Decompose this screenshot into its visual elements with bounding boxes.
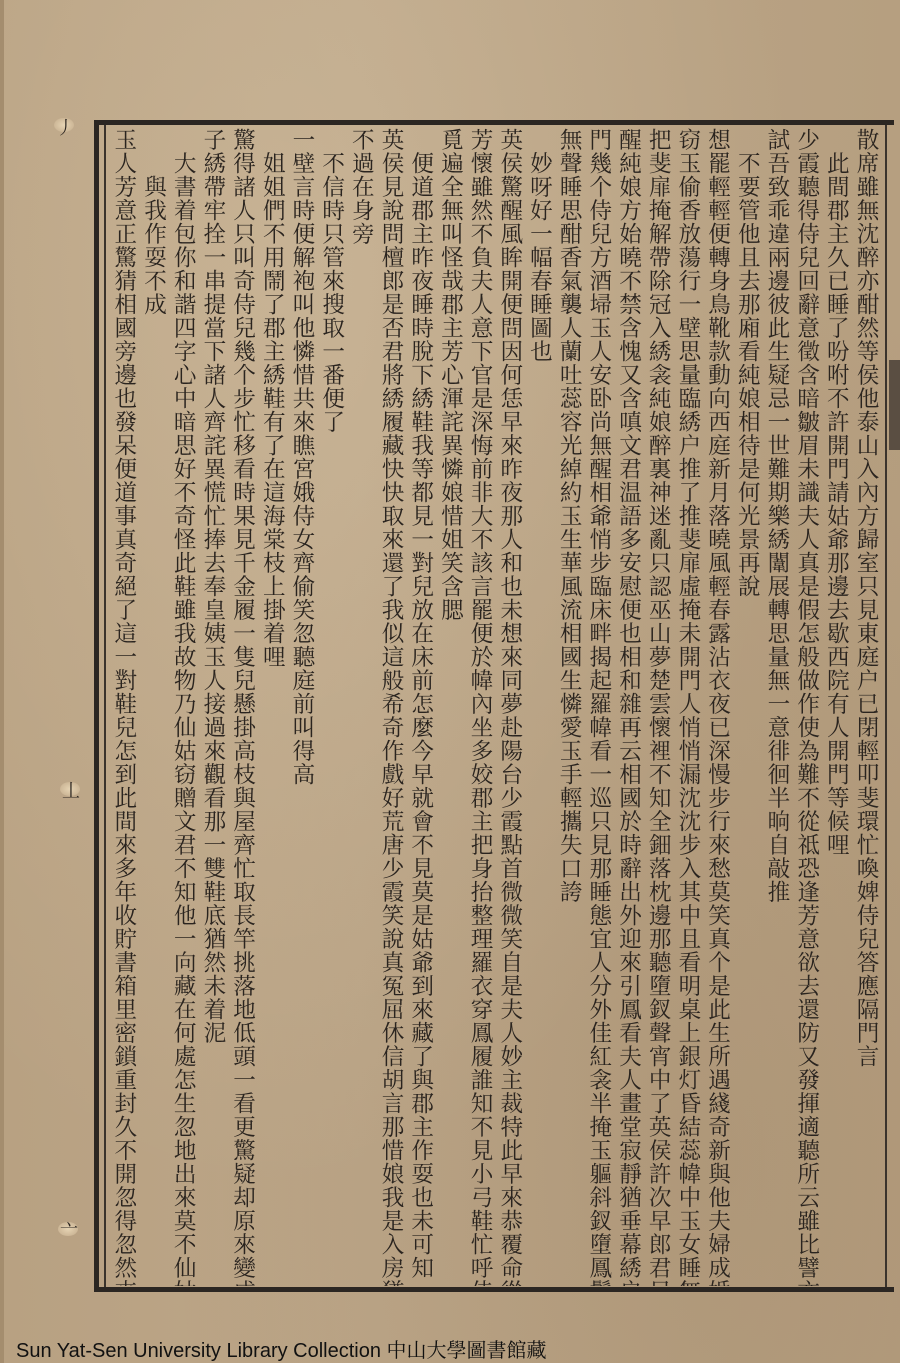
text-column-18: 不過在身旁 [348, 128, 378, 1286]
text-column-24: 大書着包你和諧四字心中暗思好不奇怪此鞋雖我故物乃仙姑窃贈文君不知他一向藏在何處怎… [170, 128, 200, 1286]
fold-edge-mark [889, 360, 900, 450]
text-column-22: 驚得諸人只叫奇侍兒幾个步忙移看時果見千金履一隻兒懸掛高枝與屋齊忙取長竿挑落地低頭… [229, 128, 259, 1286]
right-border-rule [885, 125, 887, 1287]
text-column-16: 便道郡主昨夜睡時脫下綉鞋我等都見一對兒放在床前怎麼今早就會不見莫是姑爺到來藏了與… [407, 128, 437, 1286]
text-column-6: 想罷輕輕便轉身鳥靴款動向西庭新月落曉風輕春露沾衣夜已深慢步行來愁莫笑真个是此生所… [704, 128, 734, 1286]
text-column-11: 無聲睡思酣香氣襲人蘭吐蕊容光綽約玉生華風流相國生憐愛玉手輕攜失口誇 [555, 128, 585, 1286]
text-column-9: 醒純娘方始曉不禁含愧又含嗔文君温語多安慰便也相和雜再云相國於時辭出外迎來引鳳看夫… [615, 128, 645, 1286]
text-column-10: 門幾个侍兒方酒埽玉人安卧尚無醒相爺悄步臨床畔揭起羅幃看一巡只見那睡態宜人分外佳紅… [585, 128, 615, 1286]
text-column-23: 子綉帶牢拴一串提當下諸人齊詫異慌忙捧去奉皇姨玉人接過來觀看那一雙鞋底猶然未着泥 [199, 128, 229, 1286]
inner-border-line [104, 125, 106, 1287]
text-column-2: 此間郡主久已睡了吩咐不許開門請姑爺那邊去歇西院有人開門等候哩 [823, 128, 853, 1286]
collection-label-zh: 中山大學圖書館藏 [387, 1338, 547, 1362]
scanned-page: 丿 丄 亠 散席雖無沈醉亦酣然等侯他泰山入內方歸室只見東庭户已閉輕叩斐環忙喚婢侍… [0, 0, 900, 1363]
text-column-26: 玉人芳意正驚猜相國旁邊也發呆便道事真奇絕了這一對鞋兒怎到此間來多年收貯書箱里密鎖… [110, 128, 140, 1286]
page-left-edge [0, 0, 4, 1363]
text-column-5: 不要管他且去那廂看純娘相待是何光景再說 [734, 128, 764, 1286]
text-column-8: 把斐扉掩解帶除冠入綉衾純娘醉裏神迷亂只認巫山夢楚雲懷裡不知全鈿落枕邊那聽墮釵聲宵… [645, 128, 675, 1286]
text-column-17: 英侯見說問檀郎是否君將綉履藏快快取來還了我似這般希奇作戲好荒唐少霞笑說真冤屈休信… [377, 128, 407, 1286]
text-column-15: 覓遍全無叫怪哉郡主芳心渾詫異憐娘惜姐笑含腮 [437, 128, 467, 1286]
collection-label-en: Sun Yat-Sen University Library Collectio… [16, 1340, 381, 1362]
text-column-4: 試吾致乖違兩邊彼此生疑忌一世難期樂綉闈展轉思量無一意徘徊半晌自敲推 [763, 128, 793, 1286]
margin-mark-bottom: 亠 [60, 1217, 78, 1243]
text-column-14: 芳懷雖然不負夫人意下官是深悔前非大不該言罷便於幃內坐多姣郡主把身抬整理羅衣穿鳳履… [466, 128, 496, 1286]
text-column-3: 少霞聽得侍兒回辭意徵含暗皺眉未識夫人真是假怎般做作使為難不從祗恐逢芳意欲去還防又… [793, 128, 823, 1286]
text-column-21: 姐姐們不用鬧了郡主綉鞋有了在這海棠枝上掛着哩 [259, 128, 289, 1286]
text-column-12: 妙呀好一幅春睡圖也 [526, 128, 556, 1286]
text-column-7: 窃玉偷香放蕩行一壁思量臨綉户推了推斐扉虛掩未開門人悄悄漏沈沈步入其中且看明桌上銀… [674, 128, 704, 1286]
vertical-text-block: 散席雖無沈醉亦酣然等侯他泰山入內方歸室只見東庭户已閉輕叩斐環忙喚婢侍兒答應隔門言… [110, 128, 882, 1286]
margin-mark-middle: 丄 [62, 777, 80, 803]
text-column-1: 散席雖無沈醉亦酣然等侯他泰山入內方歸室只見東庭户已閉輕叩斐環忙喚婢侍兒答應隔門言 [852, 128, 882, 1286]
text-column-13: 英侯驚醒風眸開便問因何恁早來昨夜那人和也未想來同夢赴陽台少霞點首微微笑自是夫人妙… [496, 128, 526, 1286]
text-column-20: 一壁言時便解袍叫他憐惜共來瞧宮娥侍女齊偷笑忽聽庭前叫得高 [288, 128, 318, 1286]
text-column-25: 與我作耍不成 [140, 128, 170, 1286]
margin-mark-top: 丿 [56, 114, 74, 140]
library-watermark: Sun Yat-Sen University Library Collectio… [16, 1334, 547, 1363]
text-column-19: 不信時只管來搜取一番便了 [318, 128, 348, 1286]
